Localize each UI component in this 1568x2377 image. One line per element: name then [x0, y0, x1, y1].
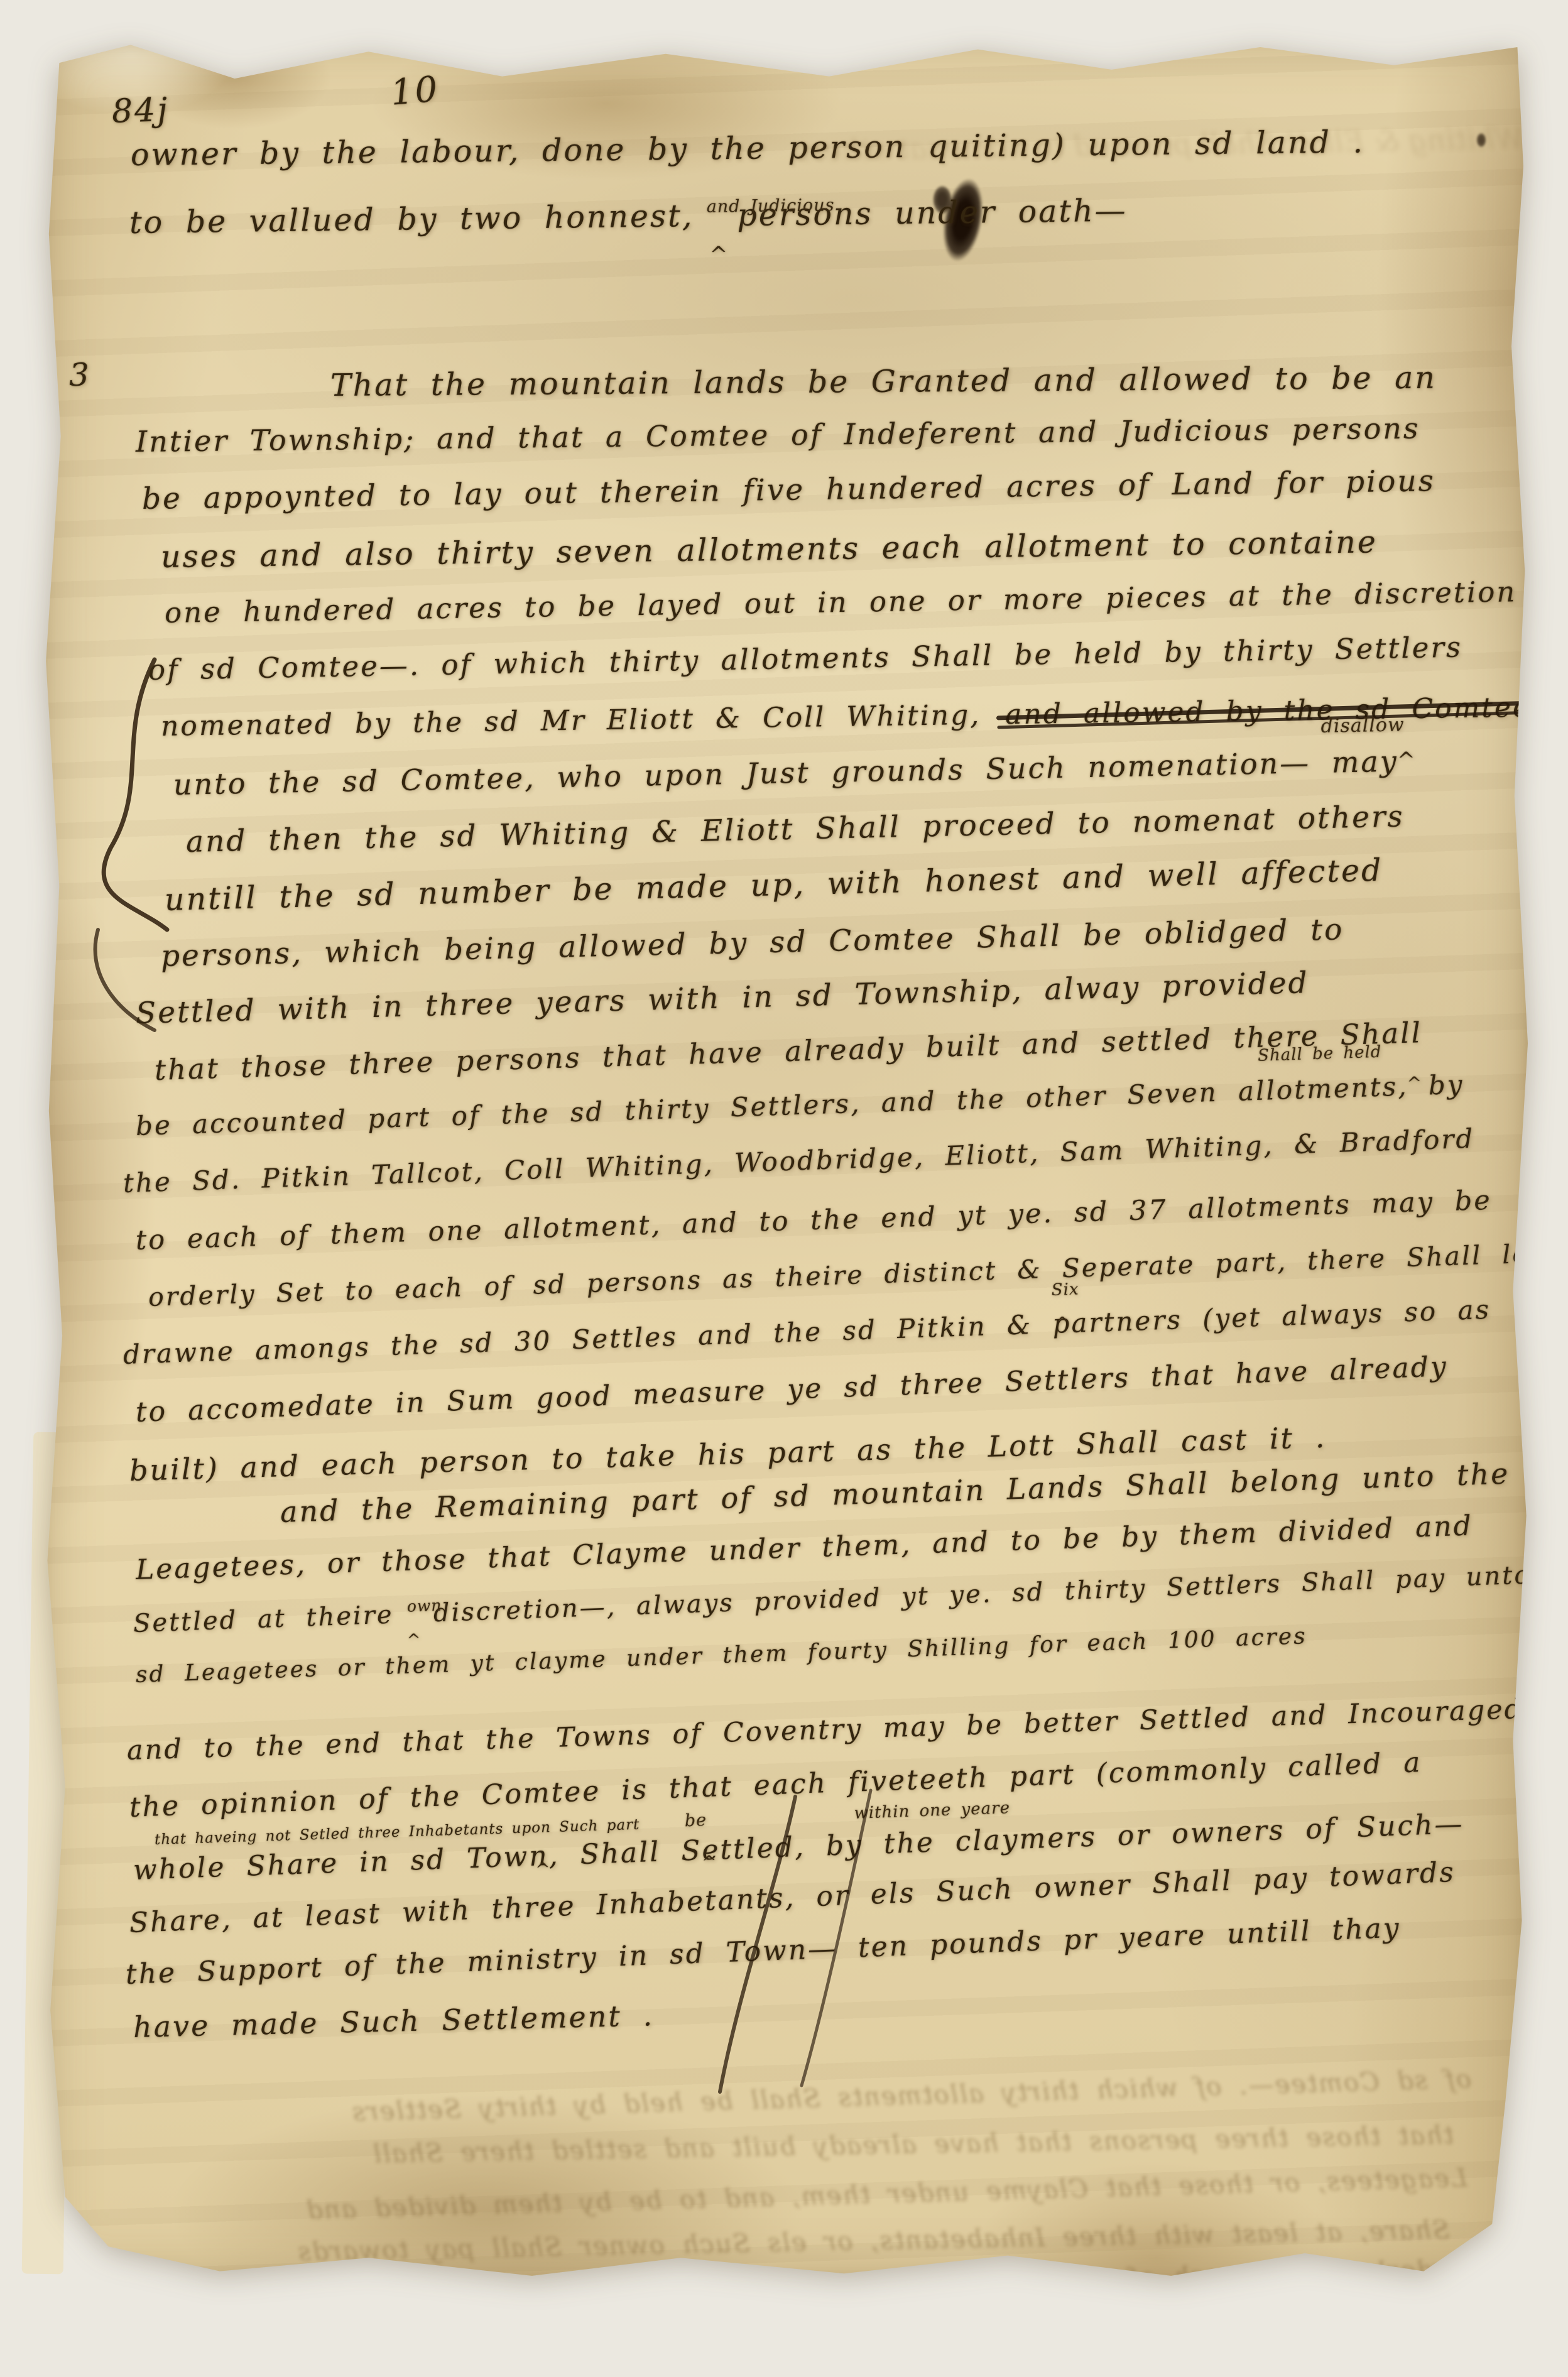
text-line: be appoynted to lay out therein five hun…	[142, 464, 1436, 516]
text-segment: by	[1428, 1069, 1464, 1101]
text-line: untill the sd number be made up, with ho…	[164, 852, 1383, 918]
bleedthrough-line: Share, at least with three Inhabetants, …	[297, 2216, 1450, 2266]
caret-mark: ^	[1407, 1073, 1424, 1094]
caret-mark: ^	[709, 242, 729, 267]
text-line: unto the sd Comtee, who upon Just ground…	[173, 744, 1398, 802]
text-line: and then the sd Whiting & Eliott Shall p…	[185, 799, 1405, 859]
bleedthrough-block: of sd Comtee—. of which thirty allotment…	[95, 2069, 1476, 2326]
manuscript-paper-wrap: 84j 10 owner by the labour, done by the …	[41, 31, 1528, 2280]
pen-stroke-mark	[645, 1790, 934, 2111]
manuscript-page: 84j 10 owner by the labour, done by the …	[41, 31, 1528, 2280]
text-line: have made Such Settlement .	[133, 1998, 654, 2044]
text-segment: partners (yet always so as	[1052, 1294, 1491, 1339]
insertion-point: Six ^ partners (yet always so as	[1052, 1294, 1491, 1339]
caret-mark: ^	[1055, 1313, 1072, 1334]
bleedthrough-line: Leagetees, or those that Clayme under th…	[305, 2164, 1468, 2226]
margin-flourish-mark	[60, 634, 199, 1036]
bleedthrough-line: and then the sd Whiting & Eliott Shall p…	[795, 117, 1568, 168]
strikethrough-text: and allowed by the sd Comtee	[1001, 691, 1535, 731]
text-segment: unto the sd Comtee, who upon Just ground…	[173, 746, 1310, 802]
text-line: to each of them one allotment, and to th…	[135, 1185, 1492, 1256]
insertion-point: Shall be held ^ by	[1428, 1069, 1464, 1101]
caret-mark: ^	[535, 1859, 553, 1880]
text-segment: may	[1331, 744, 1398, 780]
text-segment: to be vallued by two honnest,	[129, 198, 694, 241]
text-line: sd Leagetees or them yt clayme under the…	[135, 1623, 1307, 1688]
interline-insertion: Shall be held	[1258, 1043, 1382, 1065]
text-segment: Settled at theire	[133, 1601, 394, 1638]
text-line: Intier Township; and that a Comtee of In…	[136, 411, 1420, 459]
text-line: That the mountain lands be Granted and a…	[330, 360, 1437, 403]
interline-insertion: own	[406, 1596, 442, 1616]
text-line: one hundered acres to be layed out in on…	[165, 575, 1517, 629]
document-scan-background: 84j 10 owner by the labour, done by the …	[0, 0, 1568, 2377]
text-segment: drawne amongs the sd 30 Settles and the …	[122, 1309, 1033, 1370]
text-line: Settled with in three years with in sd T…	[135, 965, 1309, 1031]
margin-article-number: 3	[68, 356, 91, 393]
interline-insertion: disallow	[1320, 714, 1405, 737]
insertion-point: disallow may ^	[1331, 744, 1398, 780]
text-line: of sd Comtee—. of which thirty allotment…	[148, 630, 1463, 687]
bleedthrough-line: that those three persons that have alrea…	[372, 2121, 1454, 2168]
text-line: persons, which being allowed by sd Comte…	[160, 912, 1344, 974]
folio-number: 84j	[111, 91, 170, 131]
bleedthrough-line: orderly Set to each of sd persons as the…	[122, 2255, 1463, 2319]
page-number: 10	[389, 68, 441, 113]
interline-insertion: and Judicious	[707, 195, 835, 216]
text-line: uses and also thirty seven allotments ea…	[161, 524, 1378, 575]
caret-mark: ^	[1397, 748, 1417, 773]
caret-mark: ^	[406, 1631, 423, 1650]
text-segment: nomenated by the sd Mr Eliott & Coll Whi…	[161, 699, 981, 742]
interline-insertion: Six	[1051, 1280, 1079, 1300]
